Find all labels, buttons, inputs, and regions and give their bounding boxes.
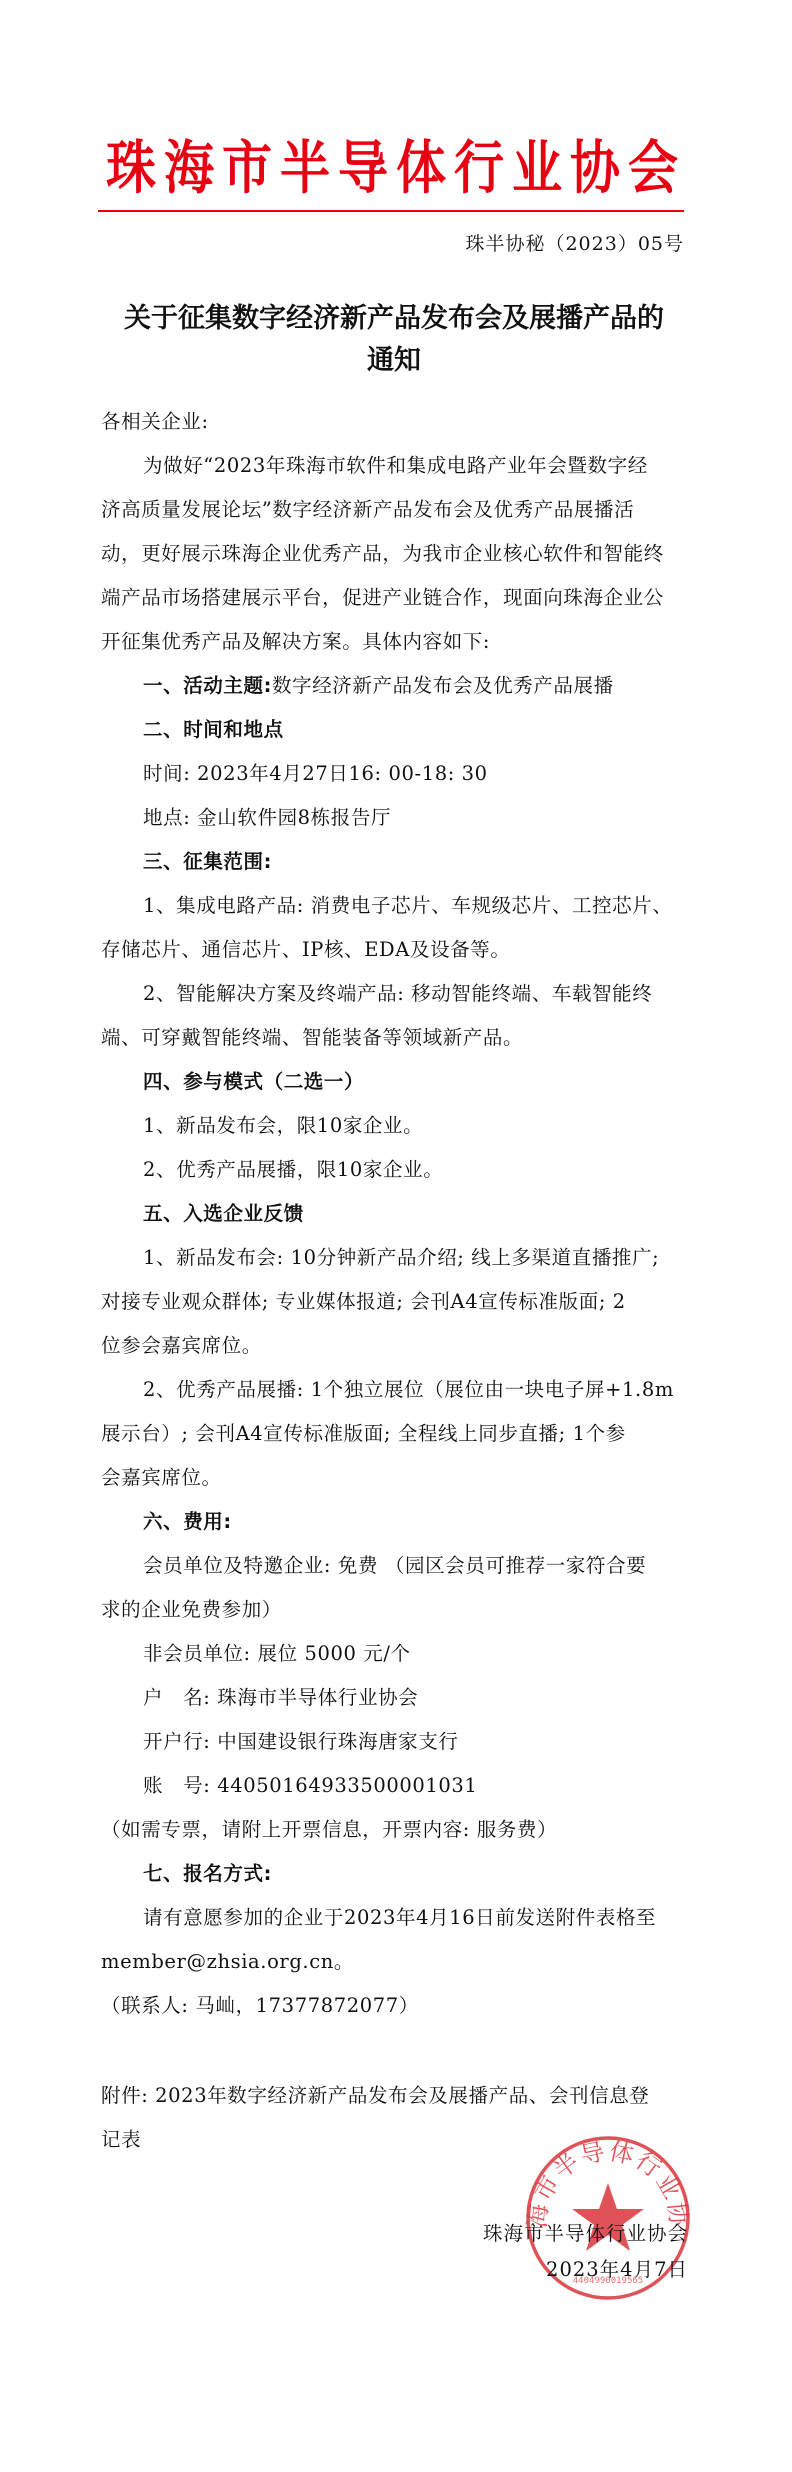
scope-item: 2、智能解决方案及终端产品: 移动智能终端、车载智能终 <box>101 972 687 1016</box>
section-heading: 一、活动主题: <box>143 674 272 697</box>
contact-person: （联系人: 马屾，17377872077） <box>101 1984 687 2028</box>
section-heading: 四、参与模式（二选一） <box>101 1060 687 1104</box>
bank-name: 开户行: 中国建设银行珠海唐家支行 <box>101 1720 687 1764</box>
document-number: 珠半协秘（2023）05号 <box>465 232 684 256</box>
benefit-item: 展示台）; 会刊A4宣传标准版面; 全程线上同步直播; 1个参 <box>101 1412 687 1456</box>
event-time: 时间: 2023年4月27日16: 00-18: 30 <box>101 752 687 796</box>
intro-line: 端产品市场搭建展示平台，促进产业链合作，现面向珠海企业公 <box>101 576 687 620</box>
benefit-item: 2、优秀产品展播: 1个独立展位（展位由一块电子屏+1.8m <box>101 1368 687 1412</box>
spacer <box>101 2028 687 2074</box>
section-heading: 三、征集范围: <box>101 840 687 884</box>
benefit-item: 会嘉宾席位。 <box>101 1456 687 1500</box>
section-heading: 六、费用: <box>101 1500 687 1544</box>
signature-date: 2023年4月7日 <box>483 2252 688 2288</box>
intro-line: 动，更好展示珠海企业优秀产品，为我市企业核心软件和智能终 <box>101 532 687 576</box>
letterhead-divider <box>98 210 684 212</box>
notice-body: 各相关企业: 为做好“2023年珠海市软件和集成电路产业年会暨数字经 济高质量发… <box>101 400 687 2162</box>
benefit-item: 对接专业观众群体; 专业媒体报道; 会刊A4宣传标准版面; 2 <box>101 1280 687 1324</box>
scope-item: 1、集成电路产品: 消费电子芯片、车规级芯片、工控芯片、 <box>101 884 687 928</box>
notice-title-line-2: 通知 <box>100 340 688 382</box>
scope-item: 存储芯片、通信芯片、IP核、EDA及设备等。 <box>101 928 687 972</box>
section-heading: 二、时间和地点 <box>101 708 687 752</box>
account-number: 账 号: 44050164933500001031 <box>101 1764 687 1808</box>
intro-line: 为做好“2023年珠海市软件和集成电路产业年会暨数字经 <box>101 444 687 488</box>
attachment-line: 附件: 2023年数字经济新产品发布会及展播产品、会刊信息登 <box>101 2074 687 2118</box>
registration-text: 请有意愿参加的企业于2023年4月16日前发送附件表格至 <box>101 1896 687 1940</box>
organization-letterhead: 珠海市半导体行业协会 <box>100 134 692 203</box>
benefit-item: 1、新品发布会: 10分钟新产品介绍; 线上多渠道直播推广; <box>101 1236 687 1280</box>
fee-non-member: 非会员单位: 展位 5000 元/个 <box>101 1632 687 1676</box>
notice-title: 关于征集数字经济新产品发布会及展播产品的 通知 <box>100 298 688 382</box>
registration-email[interactable]: member@zhsia.org.cn。 <box>101 1940 687 1984</box>
section-heading: 五、入选企业反馈 <box>101 1192 687 1236</box>
notice-title-line-1: 关于征集数字经济新产品发布会及展播产品的 <box>100 298 688 340</box>
section-heading: 七、报名方式: <box>101 1852 687 1896</box>
invoice-note: （如需专票，请附上开票信息，开票内容: 服务费） <box>101 1808 687 1852</box>
intro-line: 济高质量发展论坛”数字经济新产品发布会及优秀产品展播活 <box>101 488 687 532</box>
salutation: 各相关企业: <box>101 400 687 444</box>
scope-item: 端、可穿戴智能终端、智能装备等领域新产品。 <box>101 1016 687 1060</box>
event-place: 地点: 金山软件园8栋报告厅 <box>101 796 687 840</box>
mode-item: 2、优秀产品展播，限10家企业。 <box>101 1148 687 1192</box>
fee-member: 求的企业免费参加） <box>101 1588 687 1632</box>
section-theme: 一、活动主题:数字经济新产品发布会及优秀产品展播 <box>101 664 687 708</box>
mode-item: 1、新品发布会，限10家企业。 <box>101 1104 687 1148</box>
notice-document: 珠海市半导体行业协会 珠半协秘（2023）05号 关于征集数字经济新产品发布会及… <box>0 0 792 2472</box>
signature-block: 珠海市半导体行业协会 2023年4月7日 <box>483 2216 688 2288</box>
intro-line: 开征集优秀产品及解决方案。具体内容如下: <box>101 620 687 664</box>
benefit-item: 位参会嘉宾席位。 <box>101 1324 687 1368</box>
fee-member: 会员单位及特邀企业: 免费 （园区会员可推荐一家符合要 <box>101 1544 687 1588</box>
section-text: 数字经济新产品发布会及优秀产品展播 <box>272 674 614 697</box>
account-name: 户 名: 珠海市半导体行业协会 <box>101 1676 687 1720</box>
signature-organization: 珠海市半导体行业协会 <box>483 2216 688 2252</box>
